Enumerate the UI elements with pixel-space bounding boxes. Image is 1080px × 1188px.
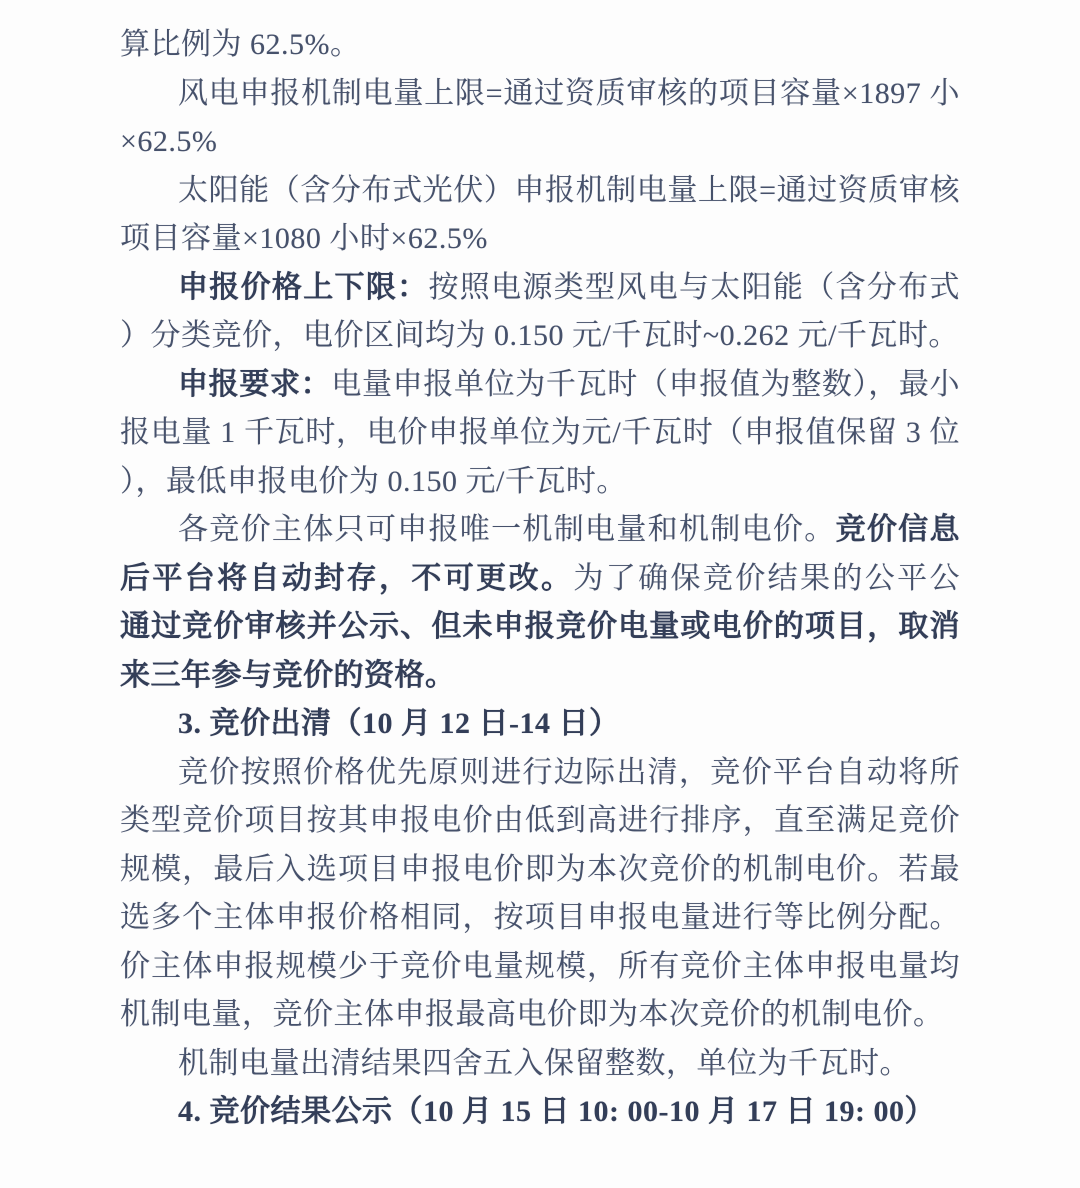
text-run: 风电申报机制电量上限=通过资质审核的项目容量×1897 小时	[120, 77, 960, 119]
text-run: 报电量 1 千瓦时，电价申报单位为元/千瓦时（申报值保留 3 位小数	[120, 416, 960, 458]
bold-text-run: 申报要求：	[178, 368, 331, 401]
text-run: 选多个主体申报价格相同，按项目申报电量进行等比例分配。若竞	[120, 901, 960, 943]
text-line: 机制电量出清结果四舍五入保留整数，单位为千瓦时。	[120, 1040, 960, 1089]
text-line: 3. 竞价出清（10 月 12 日-14 日）	[120, 700, 960, 749]
text-line: 规模，最后入选项目申报电价即为本次竞价的机制电价。若最后入	[120, 846, 960, 895]
text-line: 4. 竞价结果公示（10 月 15 日 10: 00-10 月 17 日 19:…	[120, 1088, 960, 1137]
document-page: 算比例为 62.5%。风电申报机制电量上限=通过资质审核的项目容量×1897 小…	[0, 0, 1080, 1188]
text-line: 后平台将自动封存，不可更改。为了确保竞价结果的公平公正，对	[120, 555, 960, 604]
bold-text-run: 申报价格上下限：	[178, 271, 429, 304]
bold-text-run: 3. 竞价出清（10 月 12 日-14 日）	[178, 707, 620, 740]
text-line: 价主体申报规模少于竞价电量规模，所有竞价主体申报电量均纳入	[120, 943, 960, 992]
text-line: 项目容量×1080 小时×62.5%	[120, 215, 960, 264]
bold-text-run: 4. 竞价结果公示（10 月 15 日 10: 00-10 月 17 日 19:…	[178, 1095, 935, 1128]
text-line: ×62.5%	[120, 118, 960, 167]
text-line: ），最低申报电价为 0.150 元/千瓦时。	[120, 458, 960, 507]
text-line: 选多个主体申报价格相同，按项目申报电量进行等比例分配。若竞	[120, 894, 960, 943]
text-line: 来三年参与竞价的资格。	[120, 652, 960, 701]
document-body: 算比例为 62.5%。风电申报机制电量上限=通过资质审核的项目容量×1897 小…	[120, 21, 960, 1137]
text-run: 机制电量出清结果四舍五入保留整数，单位为千瓦时。	[178, 1047, 910, 1080]
text-run: 各竞价主体只可申报唯一机制电量和机制电价。	[178, 513, 836, 546]
text-run: 项目容量×1080 小时×62.5%	[120, 222, 488, 255]
text-line: 报电量 1 千瓦时，电价申报单位为元/千瓦时（申报值保留 3 位小数	[120, 409, 960, 458]
bold-text-run: 来三年参与竞价的资格。	[120, 659, 456, 692]
text-line: 申报价格上下限：按照电源类型风电与太阳能（含分布式光伏	[120, 264, 960, 313]
text-line: 竞价按照价格优先原则进行边际出清，竞价平台自动将所有同	[120, 749, 960, 798]
text-run: 机制电量，竞价主体申报最高电价即为本次竞价的机制电价。	[120, 998, 944, 1031]
text-line: ）分类竞价，电价区间均为 0.150 元/千瓦时~0.262 元/千瓦时。	[120, 312, 960, 361]
text-run: 价主体申报规模少于竞价电量规模，所有竞价主体申报电量均纳入	[120, 950, 960, 992]
text-run: 类型竞价项目按其申报电价由低到高进行排序，直至满足竞价电量	[120, 804, 960, 846]
text-run: ×62.5%	[120, 125, 217, 158]
text-line: 算比例为 62.5%。	[120, 21, 960, 70]
text-run: 太阳能（含分布式光伏）申报机制电量上限=通过资质审核的	[120, 174, 960, 216]
text-run: 规模，最后入选项目申报电价即为本次竞价的机制电价。若最后入	[120, 853, 960, 895]
bold-text-run: 通过竞价审核并公示、但未申报竞价电量或电价的项目，取消其未	[120, 610, 960, 652]
text-run: 竞价按照价格优先原则进行边际出清，竞价平台自动将所有同	[120, 756, 960, 798]
bold-text-run: 后平台将自动封存，不可更改。	[120, 562, 573, 595]
text-line: 风电申报机制电量上限=通过资质审核的项目容量×1897 小时	[120, 70, 960, 119]
text-run: 算比例为 62.5%。	[120, 28, 361, 61]
text-run: ），最低申报电价为 0.150 元/千瓦时。	[120, 465, 627, 498]
text-line: 机制电量，竞价主体申报最高电价即为本次竞价的机制电价。	[120, 991, 960, 1040]
text-line: 通过竞价审核并公示、但未申报竞价电量或电价的项目，取消其未	[120, 603, 960, 652]
text-line: 太阳能（含分布式光伏）申报机制电量上限=通过资质审核的	[120, 167, 960, 216]
text-run: ）分类竞价，电价区间均为 0.150 元/千瓦时~0.262 元/千瓦时。	[120, 319, 959, 352]
text-line: 申报要求：电量申报单位为千瓦时（申报值为整数），最小申	[120, 361, 960, 410]
text-line: 各竞价主体只可申报唯一机制电量和机制电价。竞价信息提交	[120, 506, 960, 555]
text-line: 类型竞价项目按其申报电价由低到高进行排序，直至满足竞价电量	[120, 797, 960, 846]
